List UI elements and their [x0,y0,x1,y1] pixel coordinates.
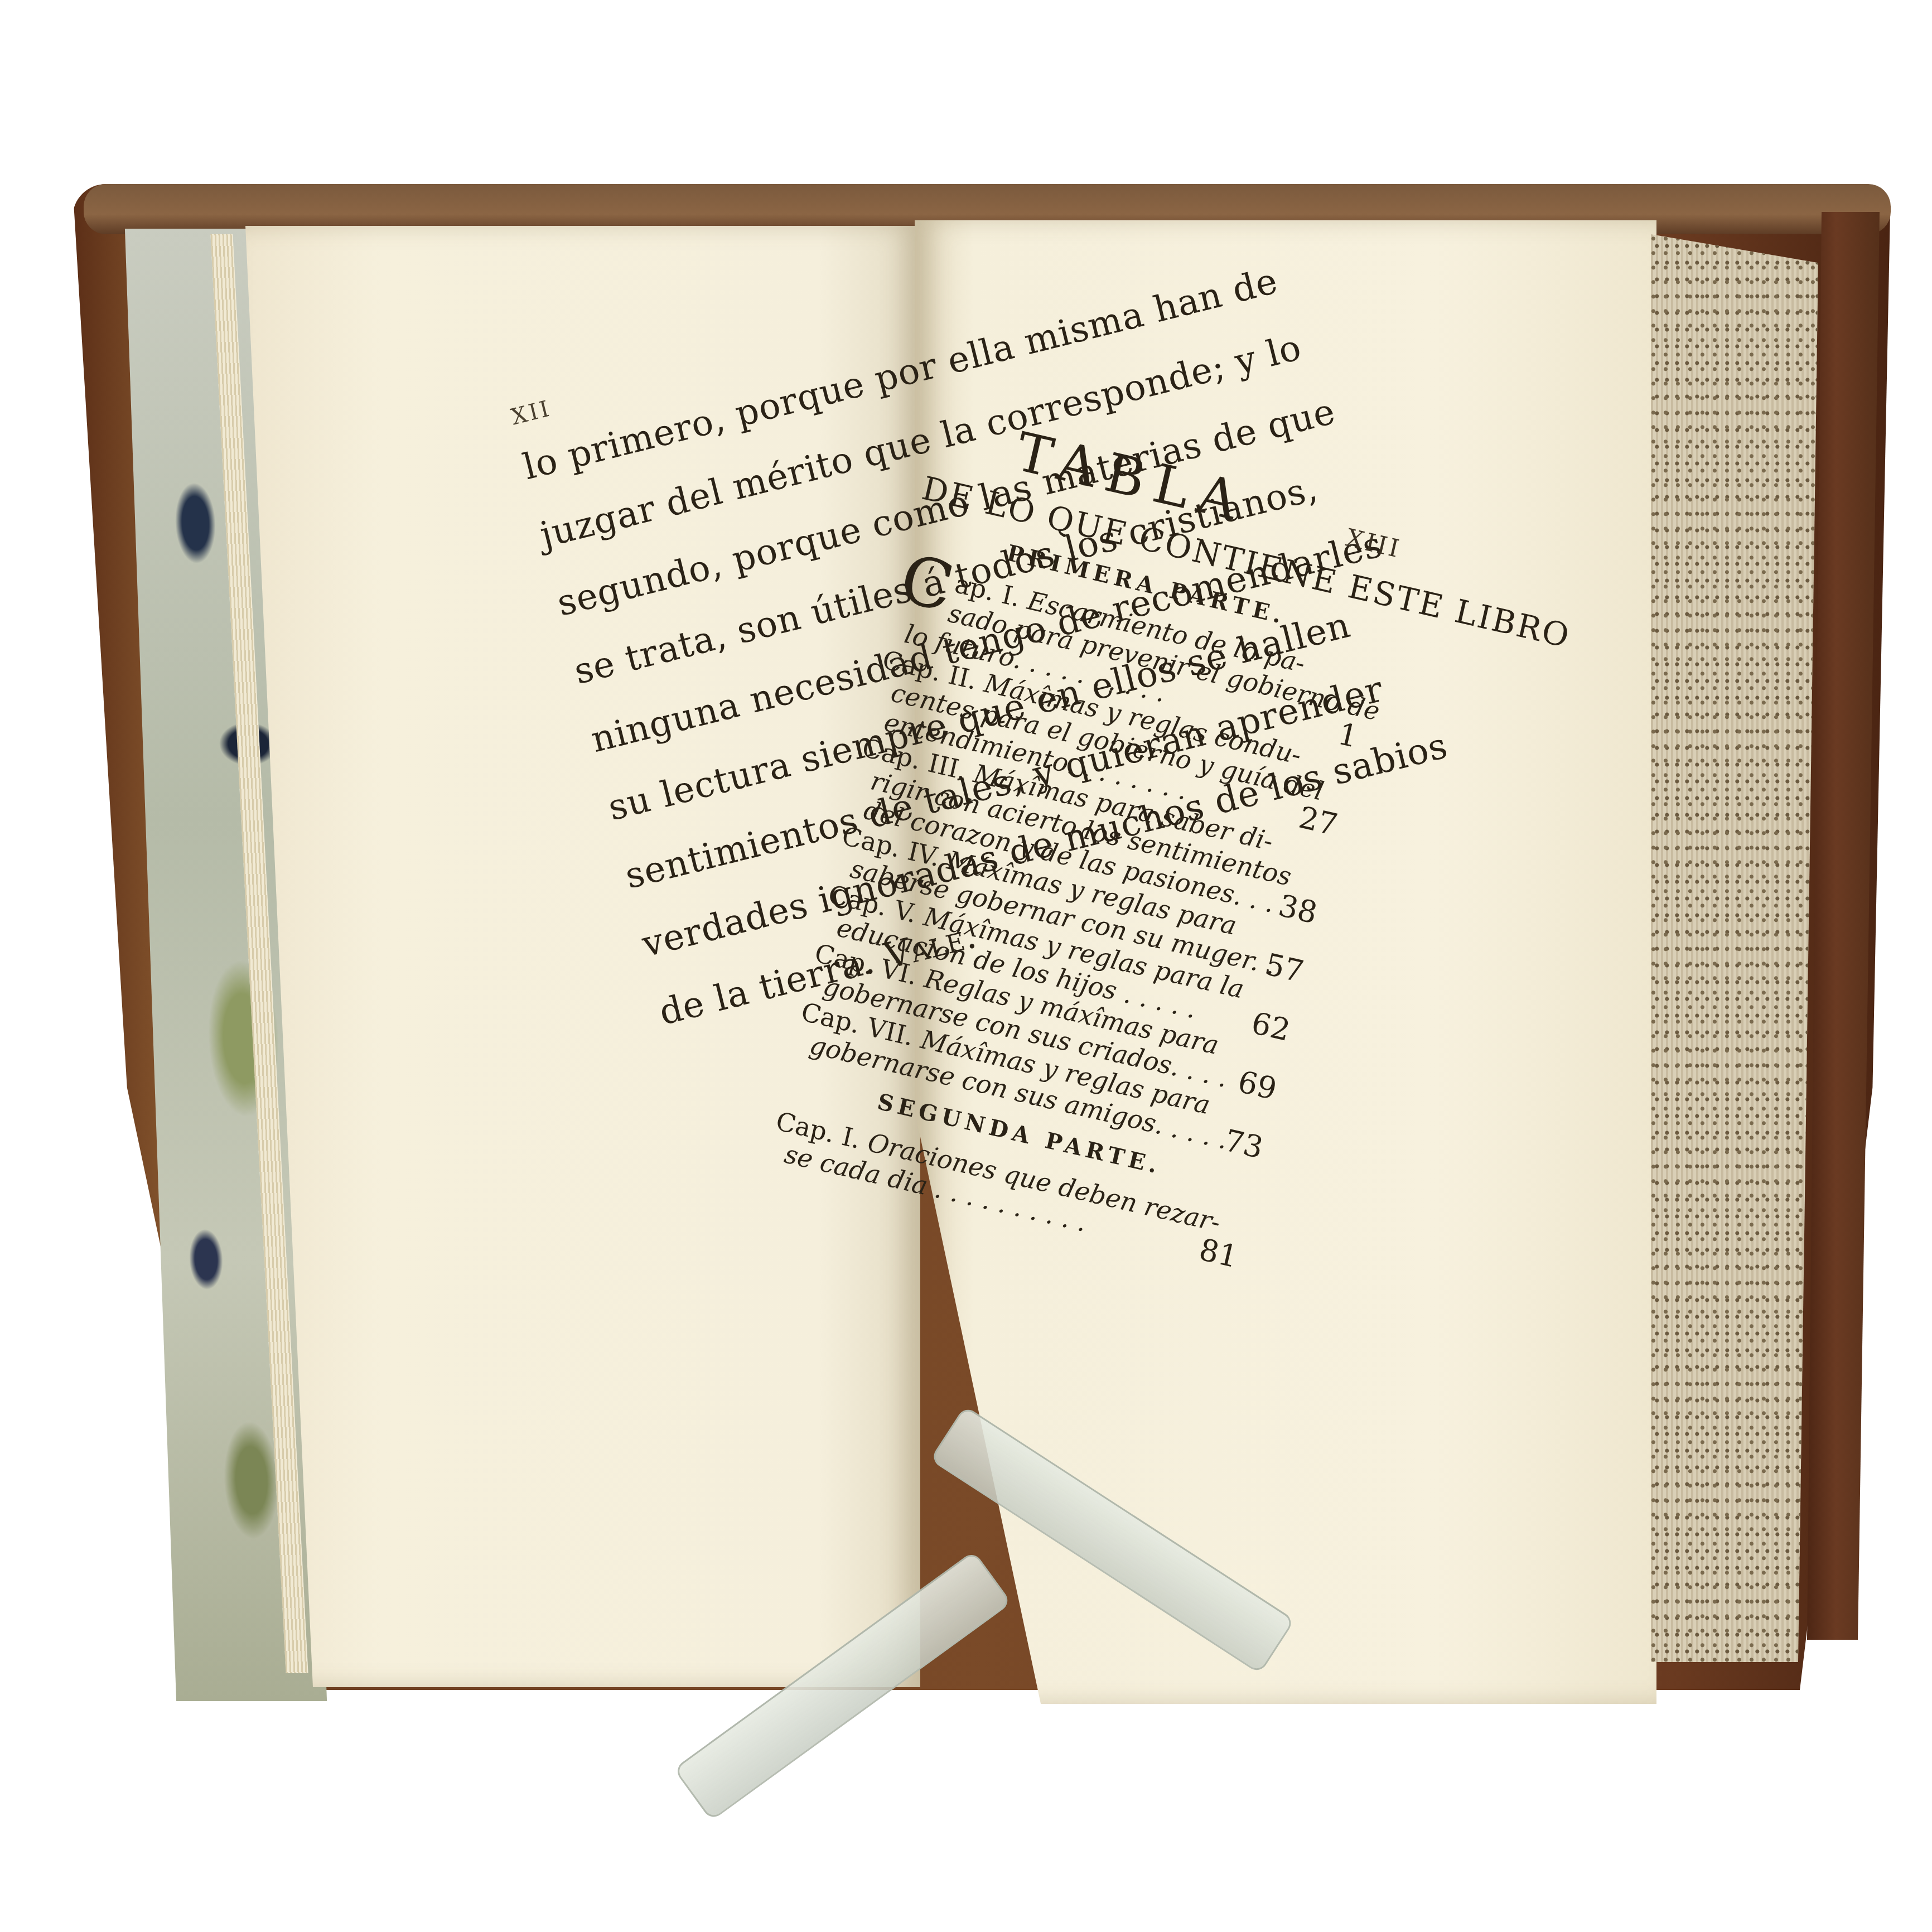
acrylic-book-stand [602,1383,1327,1696]
book-photo: XII lo primero, porque por ella misma ha… [0,0,1932,1932]
entry-page-number: 73 [1221,1126,1266,1163]
stand-right-arm [930,1405,1295,1674]
entry-page-number: 81 [1196,1234,1240,1272]
speckled-fore-edge [1651,234,1818,1662]
stand-left-arm [673,1551,1012,1821]
page-number-right: XIII [1344,524,1404,564]
